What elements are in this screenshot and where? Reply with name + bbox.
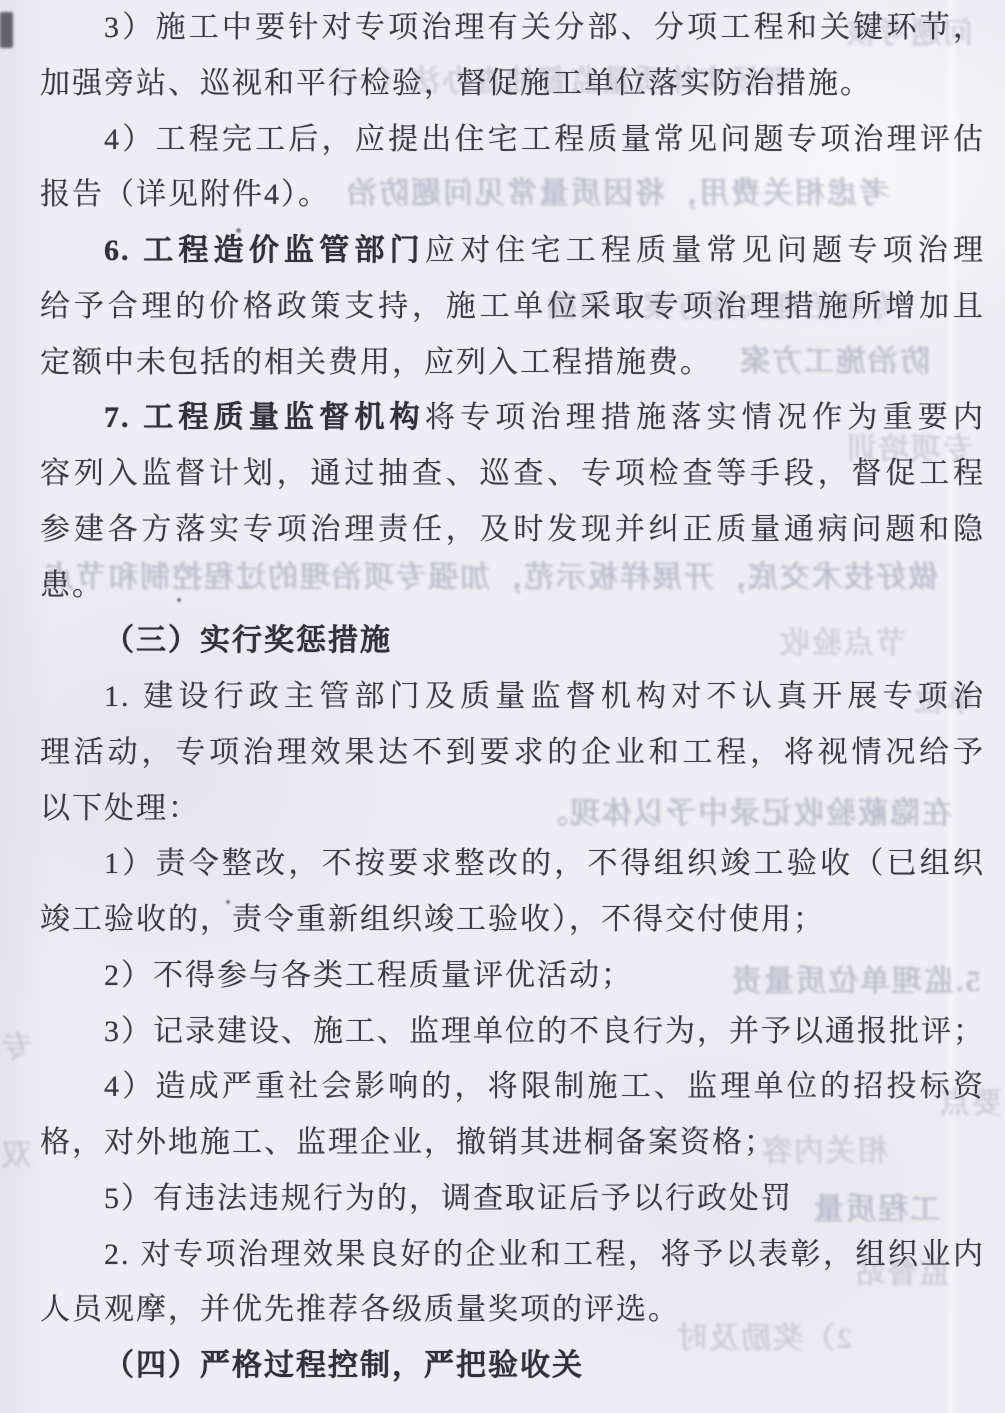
- text-line: 格，对外地施工、监理企业，撤销其进桐备案资格；: [40, 1115, 985, 1171]
- text-run: 人员观摩，并优先推荐各级质量奖项的评选。: [40, 1293, 680, 1326]
- text-line: 容列入监督计划，通过抽查、巡查、专项检查等手段，督促工程: [40, 446, 985, 502]
- text-run: 格，对外地施工、监理企业，撤销其进桐备案资格；: [40, 1126, 776, 1159]
- bleedthrough-text: 专: [0, 1022, 32, 1066]
- text-run: 参建各方落实专项治理责任，及时发现并纠正质量通病问题和隐: [40, 513, 985, 546]
- text-run: 5）有违法违规行为的，调查取证后予以行政处罚: [104, 1182, 793, 1215]
- text-run: 将专项治理措施落实情况作为重要内: [425, 401, 985, 434]
- text-run: 给予合理的价格政策支持，施工单位采取专项治理措施所增加且: [40, 290, 985, 323]
- text-line: 1. 建设行政主管部门及质量监督机构对不认真开展专项治: [40, 669, 985, 725]
- text-run: 2. 对专项治理效果良好的企业和工程，将予以表彰，组织业内: [104, 1238, 985, 1271]
- text-run: 2）不得参与各类工程质量评优活动；: [104, 959, 633, 992]
- text-line: 1）责令整改，不按要求整改的，不得组织竣工验收（已组织: [40, 836, 985, 892]
- text-line: 以下处理：: [40, 781, 985, 837]
- text-run: 3）施工中要针对专项治理有关分部、分项工程和关键环节，: [104, 11, 985, 44]
- bold-text-run: （四）严格过程控制，严把验收关: [104, 1349, 584, 1382]
- text-line: 患。: [40, 558, 985, 614]
- text-line: 7. 工程质量监督机构将专项治理措施落实情况作为重要内: [40, 390, 985, 446]
- bold-text-run: 6. 工程造价监管部门: [104, 234, 425, 267]
- text-run: 加强旁站、巡视和平行检验，督促施工单位落实防治措施。: [40, 67, 872, 100]
- text-run: 1）责令整改，不按要求整改的，不得组织竣工验收（已组织: [104, 847, 985, 880]
- text-run: 应对住宅工程质量常见问题专项治理: [425, 234, 985, 267]
- text-line: 2）不得参与各类工程质量评优活动；: [40, 948, 985, 1004]
- text-run: 4）工程完工后，应提出住宅工程质量常见问题专项治理评估: [104, 123, 985, 156]
- text-line: （四）严格过程控制，严把验收关: [40, 1338, 985, 1394]
- text-line: 定额中未包括的相关费用，应列入工程措施费。: [40, 335, 985, 391]
- bold-text-run: （三）实行奖惩措施: [104, 624, 392, 657]
- bold-text-run: 7. 工程质量监督机构: [104, 401, 425, 434]
- text-run: 竣工验收的，责令重新组织竣工验收），不得交付使用；: [40, 903, 825, 936]
- text-line: 报告（详见附件4）。: [40, 167, 985, 223]
- text-line: 4）工程完工后，应提出住宅工程质量常见问题专项治理评估: [40, 112, 985, 168]
- text-run: 1. 建设行政主管部门及质量监督机构对不认真开展专项治: [104, 680, 985, 713]
- text-line: 4）造成严重社会影响的，将限制施工、监理单位的招投标资: [40, 1059, 985, 1115]
- text-line: 竣工验收的，责令重新组织竣工验收），不得交付使用；: [40, 892, 985, 948]
- text-line: （三）实行奖惩措施: [40, 613, 985, 669]
- scanned-document-page: 问题考核现场实体质量监督抽查办法（一）考虑相关费用，将因质量常见问题防治专项治理…: [0, 0, 1005, 1413]
- text-line: 加强旁站、巡视和平行检验，督促施工单位落实防治措施。: [40, 56, 985, 112]
- text-run: 理活动，专项治理效果达不到要求的企业和工程，将视情况给予: [40, 736, 985, 769]
- text-run: 定额中未包括的相关费用，应列入工程措施费。: [40, 346, 712, 379]
- text-line: 2. 对专项治理效果良好的企业和工程，将予以表彰，组织业内: [40, 1227, 985, 1283]
- text-run: 3）记录建设、施工、监理单位的不良行为，并予以通报批评；: [104, 1015, 985, 1048]
- text-line: 理活动，专项治理效果达不到要求的企业和工程，将视情况给予: [40, 725, 985, 781]
- bleedthrough-text: 双: [0, 1130, 32, 1174]
- text-run: 报告（详见附件4）。: [40, 178, 330, 211]
- text-run: 以下处理：: [40, 792, 200, 825]
- text-line: 人员观摩，并优先推荐各级质量奖项的评选。: [40, 1282, 985, 1338]
- text-line: 5）有违法违规行为的，调查取证后予以行政处罚: [40, 1171, 985, 1227]
- document-text: 3）施工中要针对专项治理有关分部、分项工程和关键环节，加强旁站、巡视和平行检验，…: [40, 0, 985, 1394]
- text-line: 6. 工程造价监管部门应对住宅工程质量常见问题专项治理: [40, 223, 985, 279]
- text-line: 给予合理的价格政策支持，施工单位采取专项治理措施所增加且: [40, 279, 985, 335]
- text-run: 容列入监督计划，通过抽查、巡查、专项检查等手段，督促工程: [40, 457, 985, 490]
- text-run: 患。: [40, 569, 104, 602]
- text-line: 3）记录建设、施工、监理单位的不良行为，并予以通报批评；: [40, 1004, 985, 1060]
- scan-smudge: [0, 12, 13, 48]
- text-run: 4）造成严重社会影响的，将限制施工、监理单位的招投标资: [104, 1070, 985, 1103]
- text-line: 参建各方落实专项治理责任，及时发现并纠正质量通病问题和隐: [40, 502, 985, 558]
- text-line: 3）施工中要针对专项治理有关分部、分项工程和关键环节，: [40, 0, 985, 56]
